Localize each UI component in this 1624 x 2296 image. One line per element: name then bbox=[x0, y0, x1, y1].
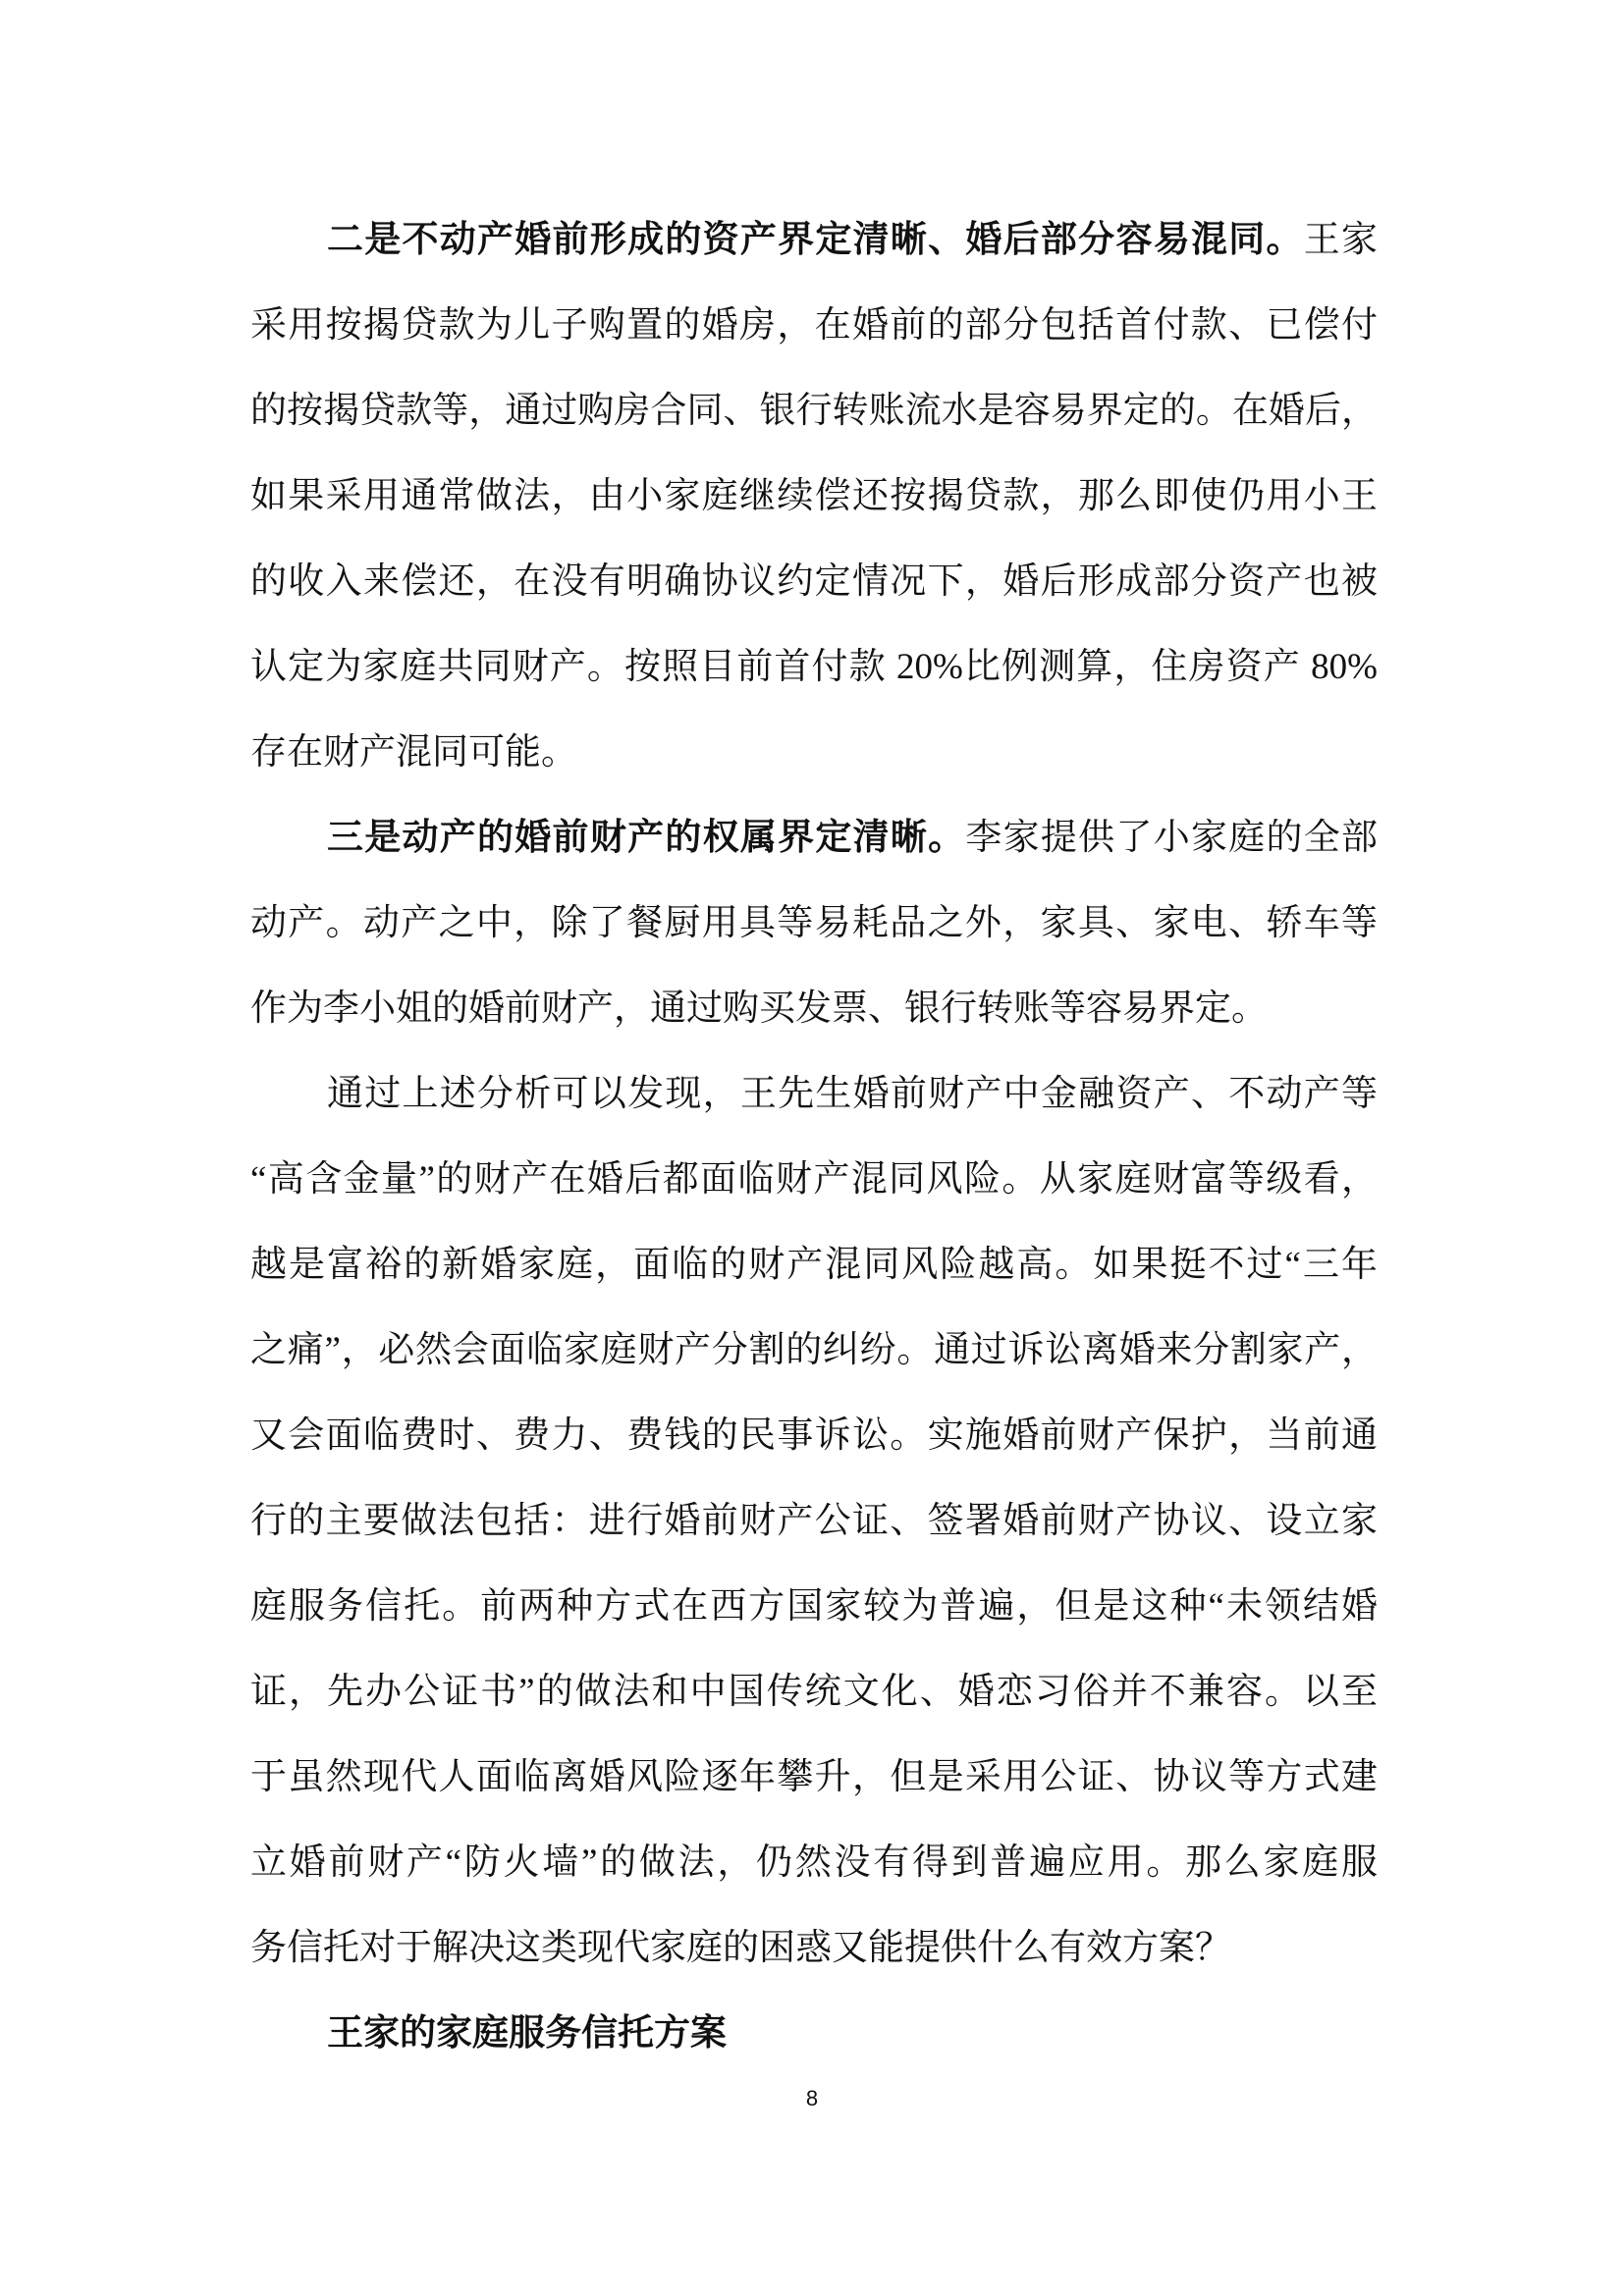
paragraph-2-line-3: 作为李小姐的婚前财产，通过购买发票、银行转账等容易界定。 bbox=[250, 987, 1378, 1032]
paragraph-1-line-2: 采用按揭贷款为儿子购置的婚房，在婚前的部分包括首付款、已偿付 bbox=[250, 303, 1378, 348]
paragraph-3-line-2: “高含金量”的财产在婚后都面临财产混同风险。从家庭财富等级看， bbox=[250, 1157, 1378, 1202]
paragraph-1-line-5: 的收入来偿还，在没有明确协议约定情况下，婚后形成部分资产也被 bbox=[250, 560, 1378, 605]
paragraph-3-line-5: 又会面临费时、费力、费钱的民事诉讼。实施婚前财产保护，当前通 bbox=[250, 1414, 1378, 1459]
paragraph-3-line-1: 通过上述分析可以发现，王先生婚前财产中金融资产、不动产等 bbox=[327, 1072, 1378, 1117]
paragraph-2-lead-heading: 三是动产的婚前财产的权属界定清晰。 bbox=[327, 818, 965, 858]
paragraph-1-line-1: 二是不动产婚前形成的资产界定清晰、婚后部分容易混同。王家 bbox=[327, 218, 1378, 263]
paragraph-1-line-7: 存在财产混同可能。 bbox=[250, 730, 1378, 775]
paragraph-2-line-1: 三是动产的婚前财产的权属界定清晰。李家提供了小家庭的全部 bbox=[327, 816, 1378, 861]
paragraph-1-lead-heading: 二是不动产婚前形成的资产界定清晰、婚后部分容易混同。 bbox=[327, 220, 1304, 260]
paragraph-1-line-3: 的按揭贷款等，通过购房合同、银行转账流水是容易界定的。在婚后， bbox=[250, 389, 1378, 434]
paragraph-3-line-10: 立婚前财产“防火墙”的做法，仍然没有得到普遍应用。那么家庭服 bbox=[250, 1841, 1378, 1886]
paragraph-2-text: 李家提供了小家庭的全部 bbox=[965, 818, 1378, 858]
paragraph-1-text: 王家 bbox=[1304, 220, 1378, 260]
page-number: 8 bbox=[763, 2085, 861, 2112]
paragraph-3-line-11: 务信托对于解决这类现代家庭的困惑又能提供什么有效方案？ bbox=[250, 1926, 1378, 1971]
paragraph-2-line-2: 动产。动产之中，除了餐厨用具等易耗品之外，家具、家电、轿车等 bbox=[250, 901, 1378, 946]
document-page: 二是不动产婚前形成的资产界定清晰、婚后部分容易混同。王家 采用按揭贷款为儿子购置… bbox=[0, 0, 1624, 2296]
paragraph-3-line-9: 于虽然现代人面临离婚风险逐年攀升，但是采用公证、协议等方式建 bbox=[250, 1755, 1378, 1800]
paragraph-1-line-6: 认定为家庭共同财产。按照目前首付款 20%比例测算，住房资产 80% bbox=[250, 645, 1378, 690]
paragraph-1-line-4: 如果采用通常做法，由小家庭继续偿还按揭贷款，那么即使仍用小王 bbox=[250, 474, 1378, 519]
paragraph-3-line-3: 越是富裕的新婚家庭，面临的财产混同风险越高。如果挺不过“三年 bbox=[250, 1243, 1378, 1288]
paragraph-3-line-6: 行的主要做法包括：进行婚前财产公证、签署婚前财产协议、设立家 bbox=[250, 1499, 1378, 1544]
paragraph-3-line-4: 之痛”，必然会面临家庭财产分割的纠纷。通过诉讼离婚来分割家产， bbox=[250, 1328, 1378, 1373]
paragraph-3-line-7: 庭服务信托。前两种方式在西方国家较为普遍，但是这种“未领结婚 bbox=[250, 1584, 1378, 1629]
paragraph-3-line-8: 证，先办公证书”的做法和中国传统文化、婚恋习俗并不兼容。以至 bbox=[250, 1670, 1378, 1715]
section-heading: 王家的家庭服务信托方案 bbox=[327, 2011, 1378, 2056]
